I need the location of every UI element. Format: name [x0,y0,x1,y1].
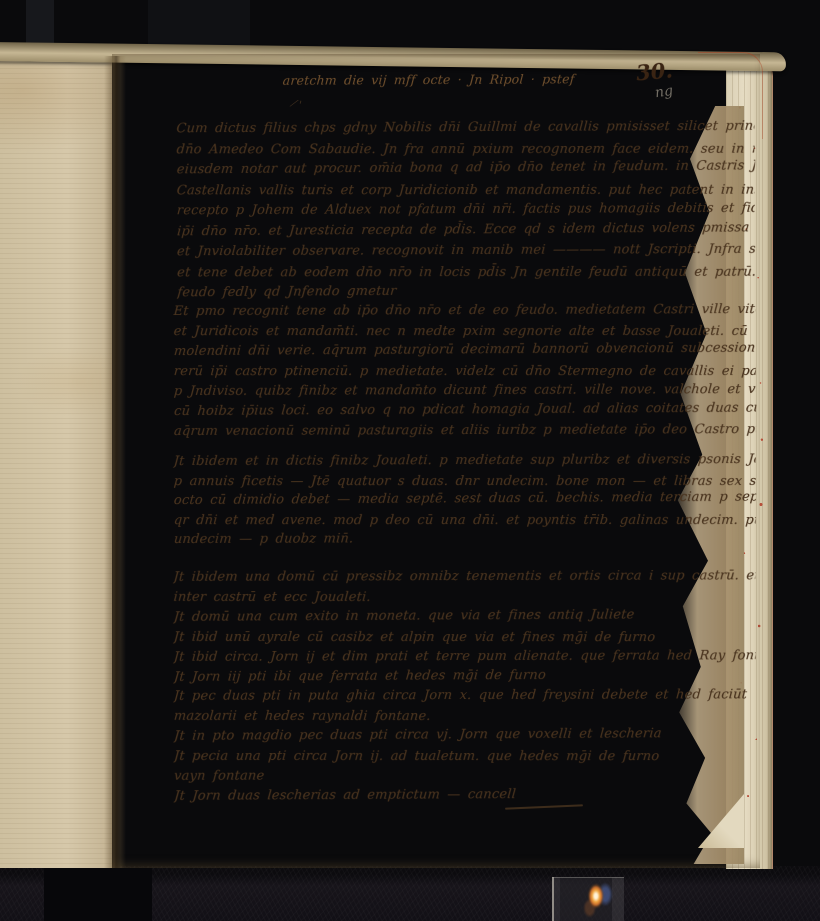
items-list: Jt ibidem una domū cū pressibz omnibz te… [173,566,756,806]
manuscript-line: et Jnviolabiliter observare. recognovit … [176,240,755,263]
leather-shadow-band [44,868,152,921]
manuscript-line: Jt ibidem et in dictis finibz Joualeti. … [173,450,756,472]
manuscript-line: Castellanis vallis turis et corp Juridic… [176,180,755,201]
manuscript-line: Jt pec duas pti in puta ghia circa Jorn … [173,686,756,707]
paragraph-2: Et pmo recognit tene ab ip̄o dn̄o nr̄o e… [173,300,755,442]
paragraph-1: Cum dictus filius chps gdny Nobilis dn̄i… [176,117,755,304]
manuscript-line: ip̄i dn̄o nr̄o. et Juresticia recepta de… [176,218,756,243]
manuscript-line: undecim — p duobz min̄. [173,528,756,550]
paragraph-3: Jt ibidem et in dictis finibz Joualeti. … [173,450,755,550]
facing-blank-page [0,58,112,868]
manuscript-photo: aretchm die vij mff octe · Jn Ripol · ps… [0,0,820,921]
manuscript-line: aq̄rum venacionū seminū pasturagiis et a… [173,420,756,442]
manuscript-line: Jt Jorn iij pti ibi que ferrata et hedes… [173,664,757,687]
manuscript-line: Jt Jorn duas lescherias ad emptictum — c… [173,784,757,807]
gutter-fold [104,56,126,868]
manuscript-line: cū hoibz ip̄ius loci. eo salvo q no pdic… [173,398,757,422]
manuscript-line: Jt domū una cum exito in moneta. que via… [173,605,757,628]
manuscript-line: Jt ibid circa. Jorn ij et dim prati et t… [173,646,756,667]
header-line: aretchm die vij mff octe · Jn Ripol · ps… [282,69,583,91]
manuscript-line: eiusdem notar aut procur. om̄ia bona q a… [176,156,756,181]
manuscript-line: Jt ibid unū ayrale cū casibz et alpin qu… [173,627,756,647]
manuscript-line: Cum dictus filius chps gdny Nobilis dn̄i… [176,117,755,140]
manuscript-line: rerū ip̄i castro ptinenciū. p medietate.… [173,362,756,382]
folio-number: 30. [635,55,697,85]
manuscript-line: Jt in pto magdio pec duas pti circa vj. … [173,724,757,747]
light-reflection [572,878,624,921]
manuscript-line: Jt pecia una pti circa Jorn ij. ad tuale… [173,747,756,767]
running-header: aretchm die vij mff octe · Jn Ripol · ps… [282,69,582,91]
manuscript-line: Jt ibidem una domū cū pressibz omnibz te… [173,566,756,587]
background-strip [148,0,250,48]
pencil-foliation: ng [654,83,674,101]
manuscript-line: Et pmo recognit tene ab ip̄o dn̄o nr̄o e… [173,300,756,322]
manuscript-line: molendini dn̄i verie. aq̄rum pasturgiorū… [173,338,757,362]
manuscript-line: octo cū dimidio debet — media septē. ses… [173,488,757,511]
